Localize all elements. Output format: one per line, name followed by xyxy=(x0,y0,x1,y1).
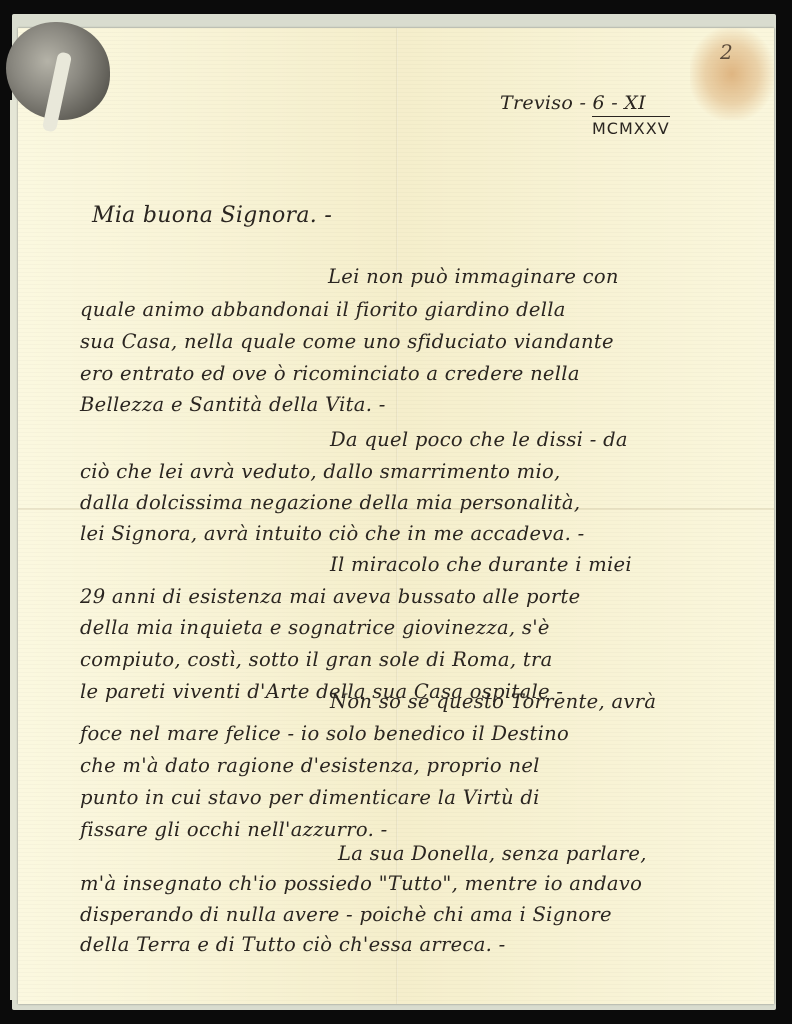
letter-line: 29 anni di esistenza mai aveva bussato a… xyxy=(80,585,580,608)
letter-line: che m'à dato ragione d'esistenza, propri… xyxy=(80,754,540,777)
letter-line: disperando di nulla avere - poichè chi a… xyxy=(80,903,612,926)
letter-line: Il miracolo che durante i miei xyxy=(330,553,632,576)
letter-line: foce nel mare felice - io solo benedico … xyxy=(80,722,569,745)
letter-line: della Terra e di Tutto ciò ch'essa arrec… xyxy=(80,933,506,956)
letter-line: ciò che lei avrà veduto, dallo smarrimen… xyxy=(80,460,561,483)
letter-line: dalla dolcissima negazione della mia per… xyxy=(80,491,580,514)
salutation: Mia buona Signora. - xyxy=(92,203,332,228)
letter-line: Da quel poco che le dissi - da xyxy=(330,428,628,451)
letter-line: lei Signora, avrà intuito ciò che in me … xyxy=(80,522,585,545)
letter-line: Lei non può immaginare con xyxy=(328,265,619,288)
letter-line: ero entrato ed ove ò ricominciato a cred… xyxy=(80,362,580,385)
letter-line: Bellezza e Santità della Vita. - xyxy=(80,393,386,416)
letter-line: punto in cui stavo per dimenticare la Vi… xyxy=(80,786,540,809)
letter-line: m'à insegnato ch'io possiedo "Tutto", me… xyxy=(80,872,642,895)
letter-line: della mia inquieta e sognatrice giovinez… xyxy=(80,616,550,639)
letter-line: quale animo abbandonai il fiorito giardi… xyxy=(80,298,566,321)
year-roman: MCMXXV xyxy=(592,116,670,138)
place-date: Treviso - 6 - XI xyxy=(500,92,646,114)
letter-line: La sua Donella, senza parlare, xyxy=(338,842,647,865)
letter-line: compiuto, costì, sotto il gran sole di R… xyxy=(80,648,553,671)
letter-line: fissare gli occhi nell'azzurro. - xyxy=(80,818,387,841)
letter-line: sua Casa, nella quale come uno sfiduciat… xyxy=(80,330,614,353)
page-number: 2 xyxy=(720,40,733,64)
letter-line: Non so se questo Torrente, avrà xyxy=(330,690,656,713)
